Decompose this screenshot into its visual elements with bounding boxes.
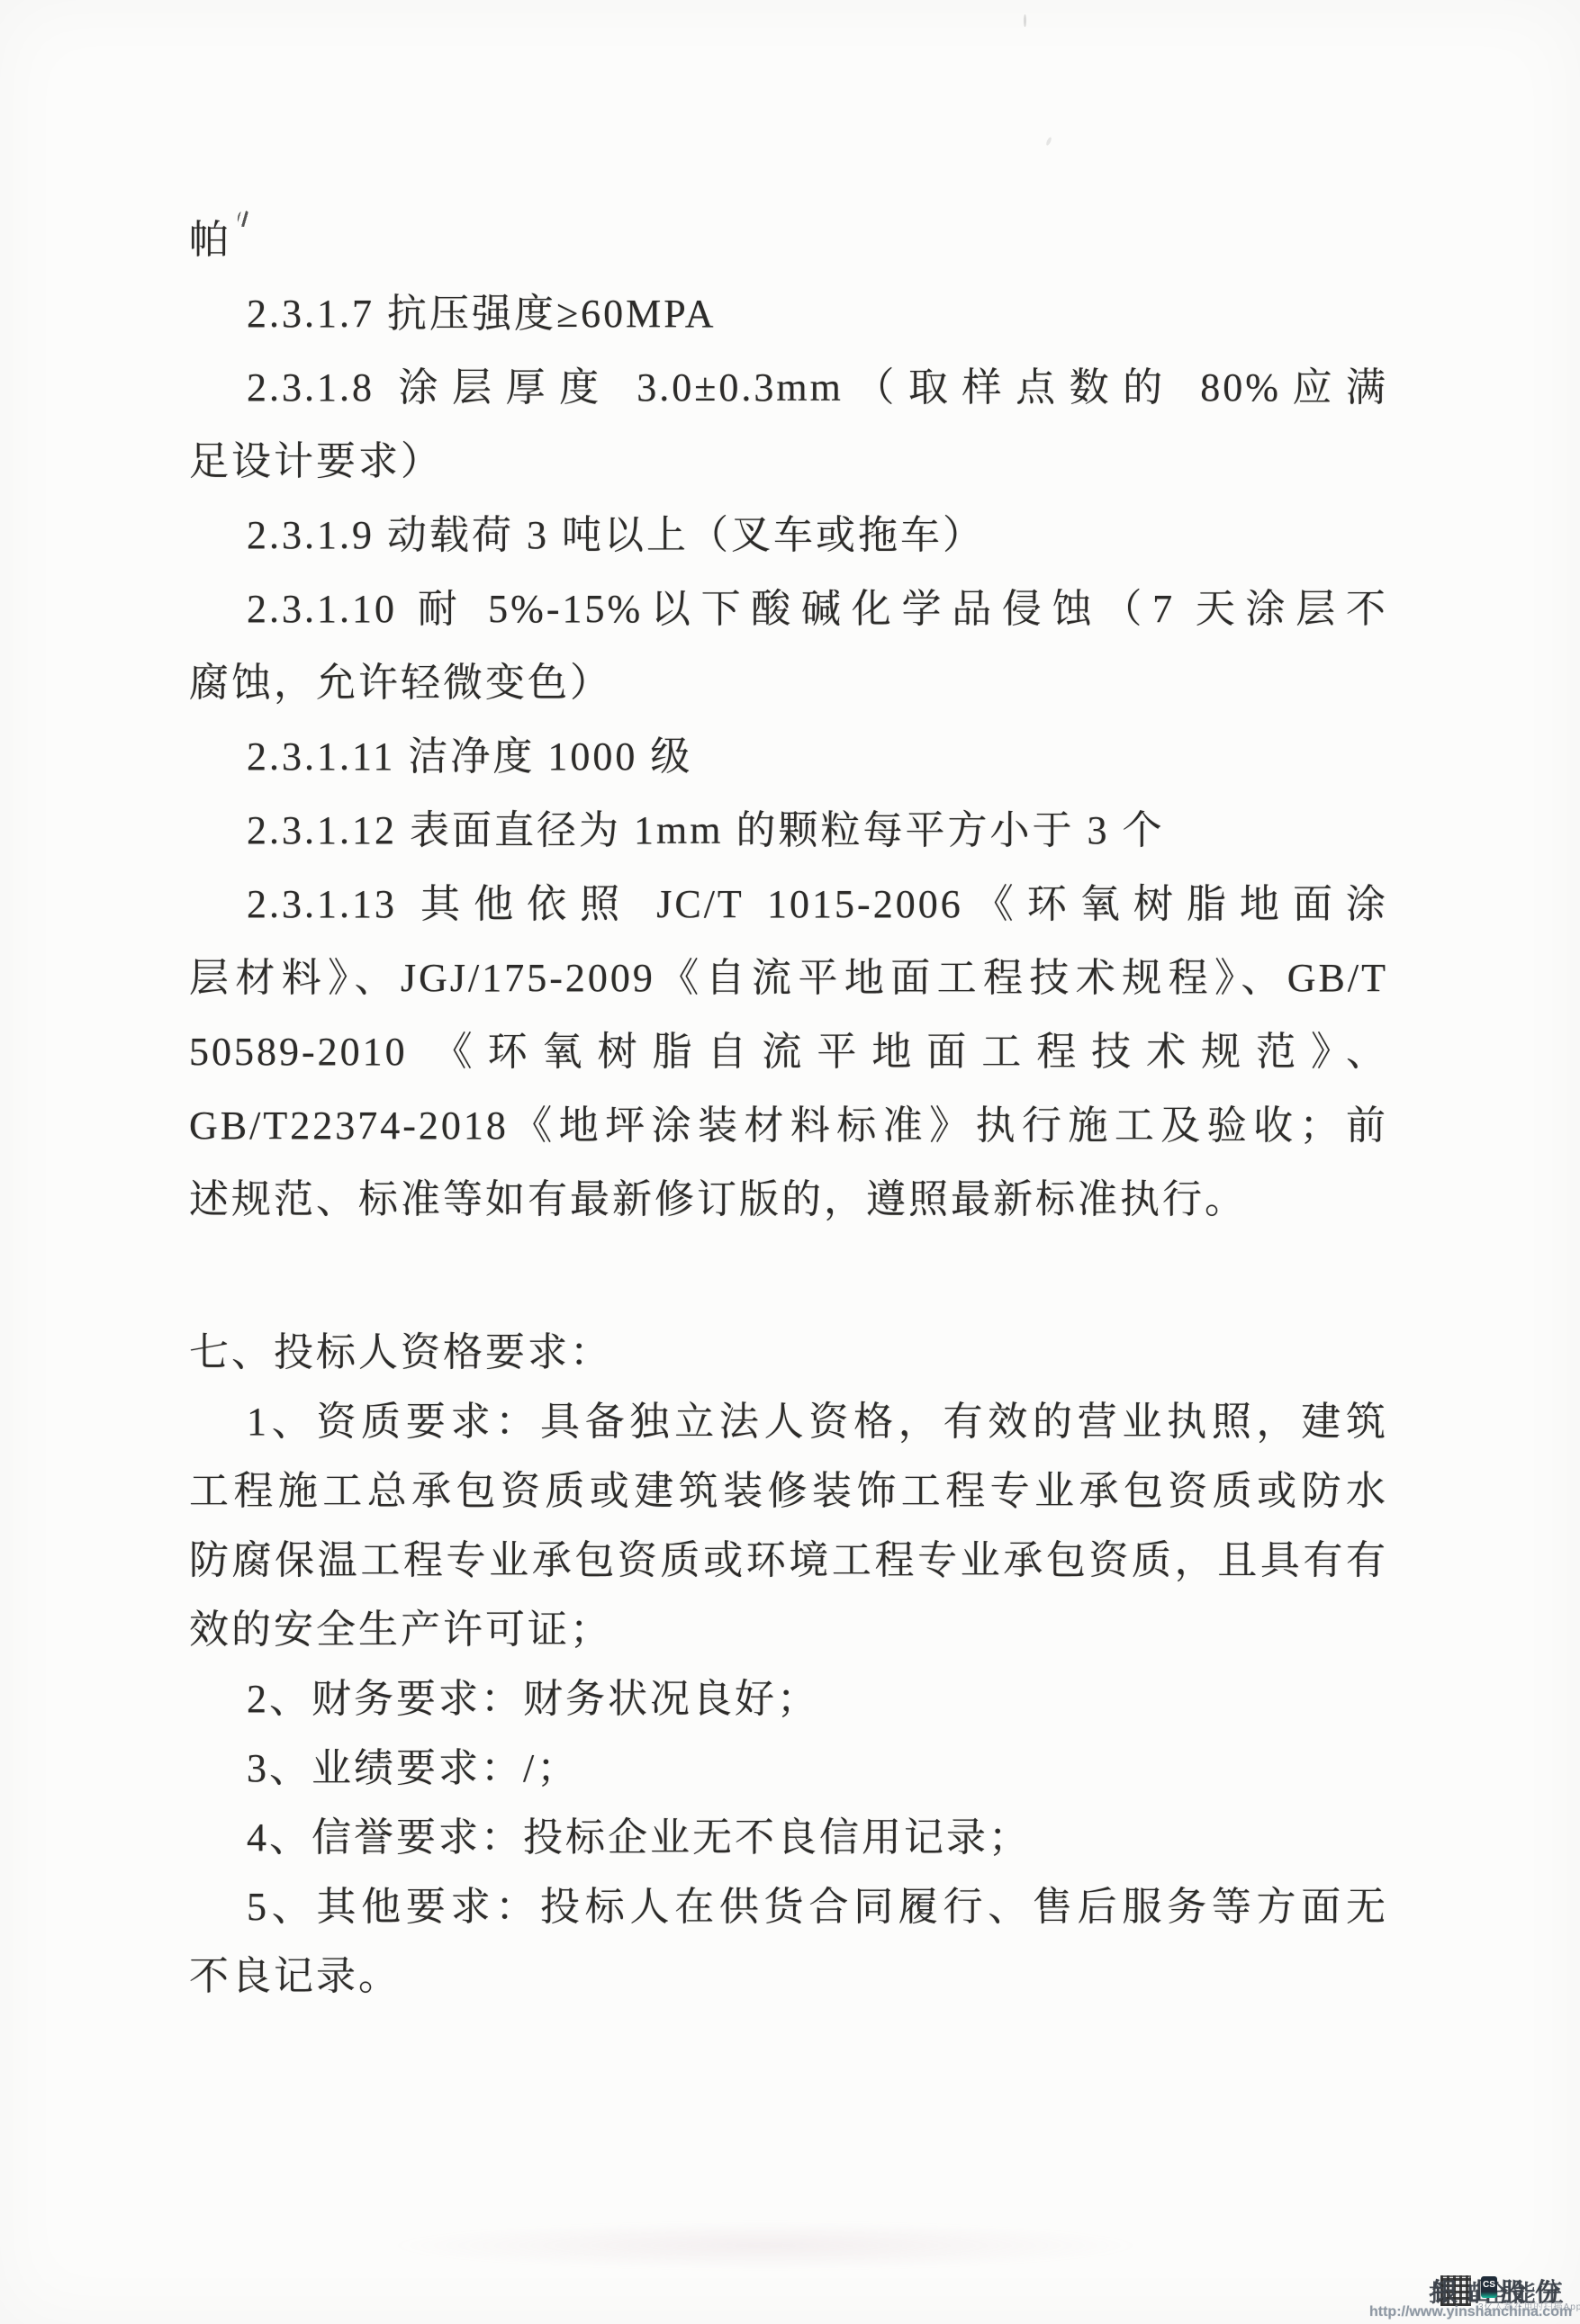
document-line: 2、财务要求：财务状况良好；: [189, 1664, 1388, 1734]
document-line: 2.3.1.11 洁净度 1000 级: [189, 720, 1388, 794]
document-line: GB/T22374-2018《地坪涂装材料标准》执行施工及验收；前: [189, 1089, 1388, 1163]
document-line: 效的安全生产许可证；: [189, 1595, 1388, 1664]
scan-smudge: [387, 2221, 1143, 2270]
document-line: 3、业绩要求：/；: [189, 1734, 1388, 1803]
document-line: 2.3.1.9 动载荷 3 吨以上（叉车或拖车）: [189, 499, 1388, 572]
document-line: 4、信誉要求：投标企业无不良信用记录；: [189, 1803, 1388, 1872]
document-line: 2.3.1.13 其他依照 JC/T 1015-2006《环氧树脂地面涂: [189, 868, 1388, 941]
document-line: 2.3.1.7 抗压强度≥60MPA: [189, 277, 1388, 351]
paragraph-gap: [189, 1237, 1388, 1318]
document-line: 2.3.1.12 表面直径为 1mm 的颗粒每平方小于 3 个: [189, 794, 1388, 868]
document-line: 工程施工总承包资质或建筑装修装饰工程专业承包资质或防水: [189, 1456, 1388, 1526]
document-line: 5、其他要求：投标人在供货合同履行、售后服务等方面无: [189, 1872, 1388, 1941]
scan-speck: [1024, 14, 1026, 27]
document-line: 50589-2010 《环氧树脂自流平地面工程技术规范》、: [189, 1015, 1388, 1089]
document-line: 2.3.1.8 涂层厚度 3.0±0.3mm（取样点数的 80%应满: [189, 351, 1388, 425]
document-line: 帕: [189, 203, 1388, 277]
company-url-text: http://www.yinshanchina.com: [1369, 2304, 1572, 2320]
document-line: 2.3.1.10 耐 5%-15%以下酸碱化学品侵蚀（7 天涂层不: [189, 572, 1388, 646]
document-text-block: 帕2.3.1.7 抗压强度≥60MPA2.3.1.8 涂层厚度 3.0±0.3m…: [189, 203, 1388, 2011]
camscanner-logo-text: CS: [1483, 2280, 1495, 2290]
camscanner-logo-icon: CS: [1481, 2276, 1497, 2298]
scan-speck: [1045, 137, 1052, 147]
document-line: 不良记录。: [189, 1941, 1388, 2011]
document-line: 1、资质要求：具备独立法人资格，有效的营业执照，建筑: [189, 1387, 1388, 1456]
document-line: 述规范、标准等如有最新修订版的，遵照最新标准执行。: [189, 1163, 1388, 1237]
document-line: 层材料》、JGJ/175-2009《自流平地面工程技术规程》、GB/T: [189, 941, 1388, 1015]
document-line: 七、投标人资格要求：: [189, 1318, 1388, 1387]
document-line: 防腐保温工程专业承包资质或环境工程专业承包资质，且具有有: [189, 1526, 1388, 1595]
document-line: 足设计要求）: [189, 425, 1388, 499]
watermark-group: 扫描全能王 银山股份 CS 3亿人都在用的扫描App http://www.yi…: [1332, 2232, 1580, 2324]
document-line: 腐蚀，允许轻微变色）: [189, 646, 1388, 720]
scanned-document-page: 帕2.3.1.7 抗压强度≥60MPA2.3.1.8 涂层厚度 3.0±0.3m…: [0, 0, 1580, 2324]
